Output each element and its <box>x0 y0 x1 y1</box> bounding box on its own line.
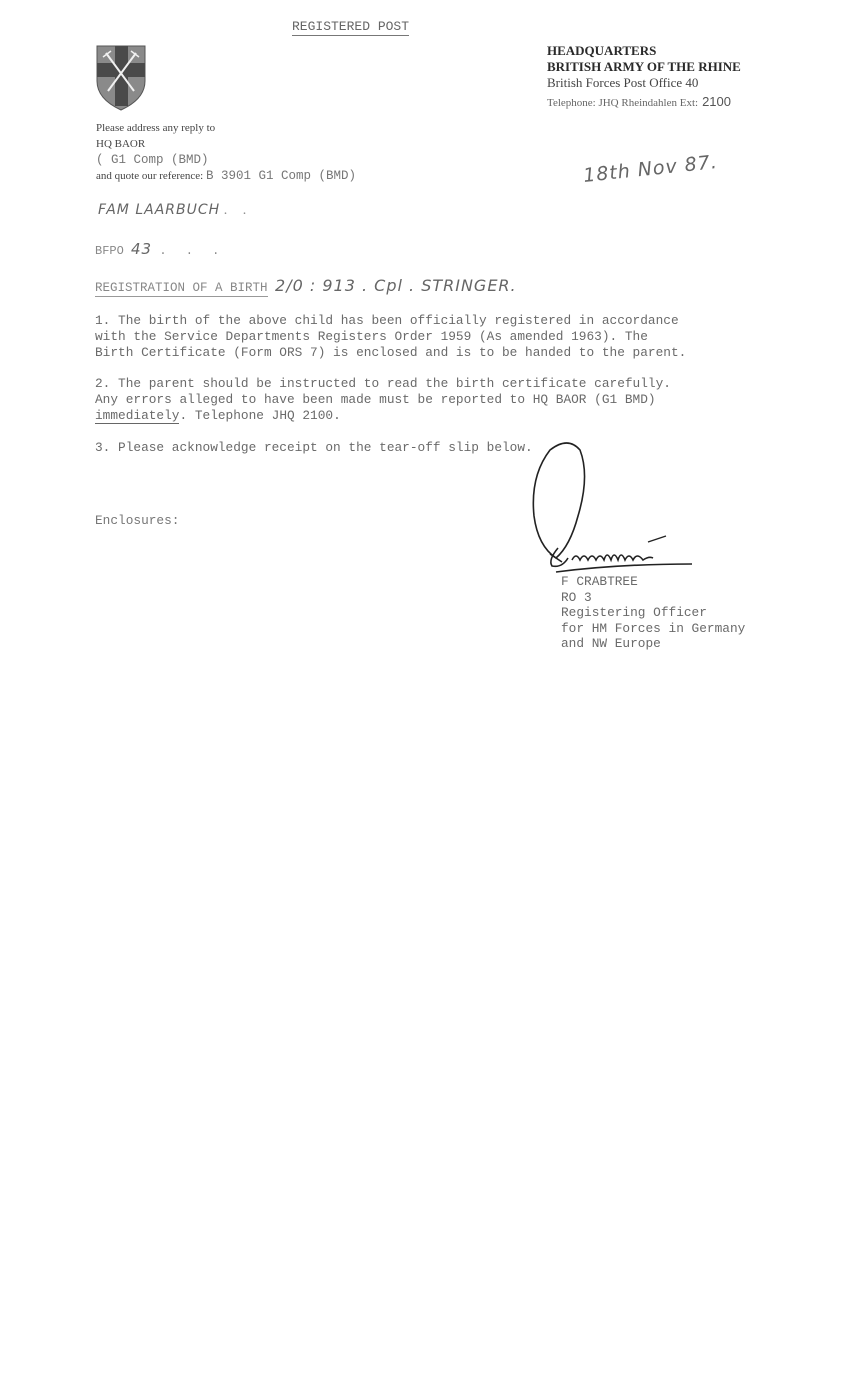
paragraph-text: . Telephone JHQ 2100. <box>179 408 340 423</box>
paragraph-line: 1. The birth of the above child has been… <box>95 313 686 329</box>
signatory-rank: RO 3 <box>561 590 745 606</box>
reference-line: and quote our reference: B 3901 G1 Comp … <box>96 168 356 184</box>
bfpo-line: BFPO 43 . . . <box>95 240 225 258</box>
hq-line2: BRITISH ARMY OF THE RHINE <box>547 59 741 75</box>
reply-instructions: Please address any reply to HQ BAOR ( G1… <box>96 120 356 184</box>
signatory-line4: for HM Forces in Germany <box>561 621 745 637</box>
reply-line1: Please address any reply to <box>96 120 356 136</box>
signatory-block: F CRABTREE RO 3 Registering Officer for … <box>561 574 745 652</box>
signatory-name: F CRABTREE <box>561 574 745 590</box>
telephone-label: Telephone: JHQ Rheindahlen Ext: <box>547 97 698 109</box>
shield-crossed-swords-icon <box>96 45 146 111</box>
paragraph-3: 3. Please acknowledge receipt on the tea… <box>95 440 533 456</box>
addressee-name: FAM LAARBUCH <box>98 202 220 218</box>
reference-value: B 3901 G1 Comp (BMD) <box>206 169 356 183</box>
paragraph-2: 2. The parent should be instructed to re… <box>95 376 671 424</box>
paragraph-line: Birth Certificate (Form ORS 7) is enclos… <box>95 345 686 361</box>
dotted-leader: . . . <box>159 244 225 258</box>
bfpo-number: 43 <box>131 240 152 258</box>
telephone-ext: 2100 <box>702 94 731 109</box>
signatory-title: Registering Officer <box>561 605 745 621</box>
paragraph-line: with the Service Departments Registers O… <box>95 329 686 345</box>
hq-line3: British Forces Post Office 40 <box>547 75 741 91</box>
dotted-leader: . . <box>224 203 253 218</box>
addressee-line: FAM LAARBUCH . . <box>98 202 252 219</box>
headquarters-block: HEADQUARTERS BRITISH ARMY OF THE RHINE B… <box>547 43 741 111</box>
handwritten-date: 18th Nov 87. <box>582 151 719 187</box>
signatory-line5: and NW Europe <box>561 636 745 652</box>
bfpo-label: BFPO <box>95 244 124 258</box>
reference-label: and quote our reference: <box>96 170 203 182</box>
paragraph-line: 2. The parent should be instructed to re… <box>95 376 671 392</box>
reply-line3: ( G1 Comp (BMD) <box>96 152 356 168</box>
enclosures-label: Enclosures: <box>95 513 179 528</box>
paragraph-1: 1. The birth of the above child has been… <box>95 313 686 361</box>
telephone-line: Telephone: JHQ Rheindahlen Ext:2100 <box>547 94 741 111</box>
subject-line: REGISTRATION OF A BIRTH 2/0 : 913 . Cpl … <box>95 276 517 295</box>
subject-handwritten: 2/0 : 913 . Cpl . STRINGER. <box>275 276 517 295</box>
paragraph-line: 3. Please acknowledge receipt on the tea… <box>95 440 533 456</box>
hq-line1: HEADQUARTERS <box>547 43 741 59</box>
paragraph-line: Any errors alleged to have been made mus… <box>95 392 671 408</box>
underlined-word: immediately <box>95 408 179 424</box>
subject-label: REGISTRATION OF A BIRTH <box>95 281 268 297</box>
registered-post-stamp: REGISTERED POST <box>292 19 409 36</box>
reply-line2: HQ BAOR <box>96 136 356 152</box>
handwritten-signature-icon <box>528 436 708 576</box>
paragraph-line: immediately. Telephone JHQ 2100. <box>95 408 671 424</box>
